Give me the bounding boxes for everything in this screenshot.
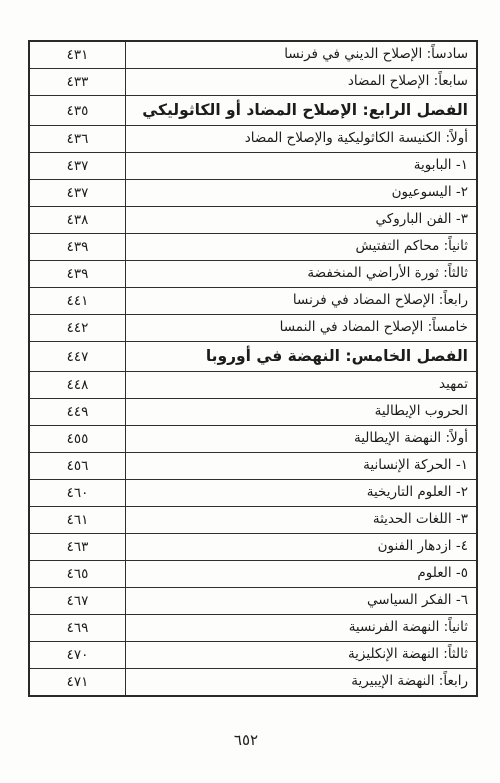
toc-table: سادساً: الإصلاح الديني في فرنسا٤٣١سابعاً… (28, 40, 478, 697)
toc-chapter-row: الفصل الخامس: النهضة في أوروبا٤٤٧ (30, 342, 476, 372)
toc-entry-title: ثالثاً: ثورة الأراضي المنخفضة (125, 261, 476, 287)
toc-entry-page-number: ٤٤١ (30, 288, 125, 314)
toc-entry-title: تمهيد (125, 372, 476, 398)
toc-row: رابعاً: النهضة الإيبيرية٤٧١ (30, 669, 476, 695)
toc-row: سابعاً: الإصلاح المضاد٤٣٣ (30, 69, 476, 96)
toc-row: ٢- العلوم التاريخية٤٦٠ (30, 480, 476, 507)
toc-entry-title: ١- الحركة الإنسانية (125, 453, 476, 479)
toc-entry-page-number: ٤٦٠ (30, 480, 125, 506)
toc-entry-title: سابعاً: الإصلاح المضاد (125, 69, 476, 95)
toc-row: ثالثاً: النهضة الإنكليزية٤٧٠ (30, 642, 476, 669)
toc-entry-page-number: ٤٥٦ (30, 453, 125, 479)
toc-entry-page-number: ٤٧٠ (30, 642, 125, 668)
toc-row: رابعاً: الإصلاح المضاد في فرنسا٤٤١ (30, 288, 476, 315)
toc-entry-page-number: ٤٣٩ (30, 261, 125, 287)
toc-entry-title: ثانياً: النهضة الفرنسية (125, 615, 476, 641)
toc-entry-page-number: ٤٣٣ (30, 69, 125, 95)
toc-entry-title: ٤- ازدهار الفنون (125, 534, 476, 560)
toc-entry-title: ثانياً: محاكم التفتيش (125, 234, 476, 260)
toc-entry-title: ٢- العلوم التاريخية (125, 480, 476, 506)
toc-entry-page-number: ٤٣٩ (30, 234, 125, 260)
toc-row: تمهيد٤٤٨ (30, 372, 476, 399)
toc-row: ٥- العلوم٤٦٥ (30, 561, 476, 588)
toc-row: سادساً: الإصلاح الديني في فرنسا٤٣١ (30, 42, 476, 69)
toc-entry-page-number: ٤٤٨ (30, 372, 125, 398)
toc-row: ١- البابوية٤٣٧ (30, 153, 476, 180)
toc-entry-page-number: ٤٣٥ (30, 96, 125, 125)
toc-entry-title: رابعاً: الإصلاح المضاد في فرنسا (125, 288, 476, 314)
toc-row: ٢- اليسوعيون٤٣٧ (30, 180, 476, 207)
toc-entry-title: ٦- الفكر السياسي (125, 588, 476, 614)
toc-entry-page-number: ٤٣١ (30, 42, 125, 68)
toc-entry-title: ٢- اليسوعيون (125, 180, 476, 206)
toc-entry-page-number: ٤٦١ (30, 507, 125, 533)
toc-entry-page-number: ٤٣٧ (30, 153, 125, 179)
toc-entry-title: ٣- الفن الباروكي (125, 207, 476, 233)
toc-row: أولاً: النهضة الإيطالية٤٥٥ (30, 426, 476, 453)
toc-row: ٣- اللغات الحديثة٤٦١ (30, 507, 476, 534)
toc-entry-page-number: ٤٣٦ (30, 126, 125, 152)
toc-chapter-row: الفصل الرابع: الإصلاح المضاد أو الكاثولي… (30, 96, 476, 126)
toc-row: ثانياً: محاكم التفتيش٤٣٩ (30, 234, 476, 261)
toc-entry-title: ثالثاً: النهضة الإنكليزية (125, 642, 476, 668)
toc-entry-title: ٣- اللغات الحديثة (125, 507, 476, 533)
toc-entry-page-number: ٤٦٣ (30, 534, 125, 560)
toc-entry-title: أولاً: النهضة الإيطالية (125, 426, 476, 452)
toc-entry-page-number: ٤٥٥ (30, 426, 125, 452)
toc-entry-page-number: ٤٤٧ (30, 342, 125, 371)
toc-row: ٤- ازدهار الفنون٤٦٣ (30, 534, 476, 561)
toc-row: ثالثاً: ثورة الأراضي المنخفضة٤٣٩ (30, 261, 476, 288)
toc-entry-page-number: ٤٣٧ (30, 180, 125, 206)
toc-chapter-title: الفصل الرابع: الإصلاح المضاد أو الكاثولي… (125, 96, 476, 125)
toc-row: ثانياً: النهضة الفرنسية٤٦٩ (30, 615, 476, 642)
toc-entry-page-number: ٤٦٥ (30, 561, 125, 587)
toc-row: الحروب الإيطالية٤٤٩ (30, 399, 476, 426)
toc-entry-page-number: ٤٤٢ (30, 315, 125, 341)
toc-entry-title: ١- البابوية (125, 153, 476, 179)
toc-entry-page-number: ٤٣٨ (30, 207, 125, 233)
toc-entry-title: سادساً: الإصلاح الديني في فرنسا (125, 42, 476, 68)
toc-entry-page-number: ٤٦٩ (30, 615, 125, 641)
toc-entry-title: خامساً: الإصلاح المضاد في النمسا (125, 315, 476, 341)
footer-page-number: ٦٥٢ (0, 731, 492, 749)
toc-row: أولاً: الكنيسة الكاثوليكية والإصلاح المض… (30, 126, 476, 153)
toc-entry-title: رابعاً: النهضة الإيبيرية (125, 669, 476, 695)
toc-row: ٦- الفكر السياسي٤٦٧ (30, 588, 476, 615)
toc-chapter-title: الفصل الخامس: النهضة في أوروبا (125, 342, 476, 371)
toc-entry-page-number: ٤٦٧ (30, 588, 125, 614)
toc-row: ٣- الفن الباروكي٤٣٨ (30, 207, 476, 234)
toc-entry-title: أولاً: الكنيسة الكاثوليكية والإصلاح المض… (125, 126, 476, 152)
toc-row: خامساً: الإصلاح المضاد في النمسا٤٤٢ (30, 315, 476, 342)
book-page: سادساً: الإصلاح الديني في فرنسا٤٣١سابعاً… (0, 0, 500, 783)
toc-entry-title: الحروب الإيطالية (125, 399, 476, 425)
toc-row: ١- الحركة الإنسانية٤٥٦ (30, 453, 476, 480)
toc-entry-page-number: ٤٤٩ (30, 399, 125, 425)
toc-entry-page-number: ٤٧١ (30, 669, 125, 695)
toc-entry-title: ٥- العلوم (125, 561, 476, 587)
